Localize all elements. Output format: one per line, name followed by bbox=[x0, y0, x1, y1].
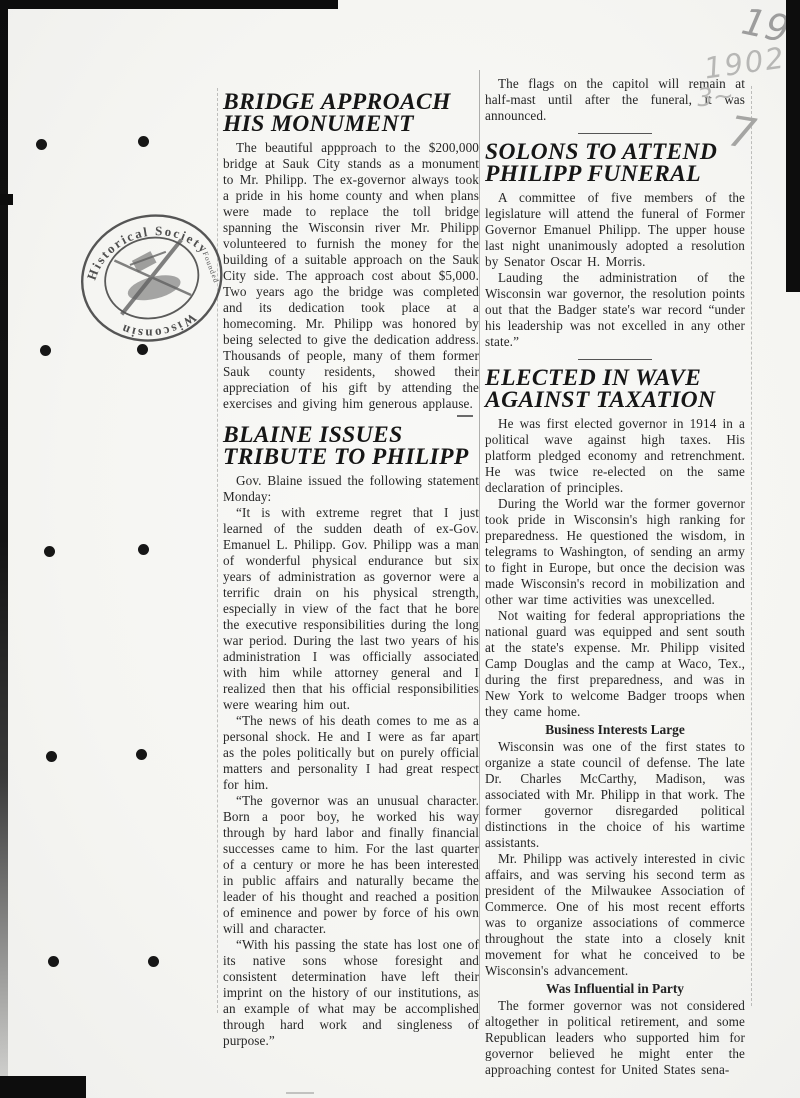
punch-dot bbox=[138, 544, 149, 555]
paragraph: Lauding the administration of the Wiscon… bbox=[485, 270, 745, 350]
paragraph: A committee of five members of the legis… bbox=[485, 190, 745, 270]
headline-line: AGAINST TAXATION bbox=[485, 389, 745, 411]
punch-dot bbox=[138, 136, 149, 147]
punch-dot bbox=[148, 956, 159, 967]
paragraph: The beautiful appproach to the $200,000 … bbox=[223, 140, 479, 412]
article-separator-dash bbox=[457, 415, 473, 417]
headline-blaine-tribute: BLAINE ISSUES TRIBUTE TO PHILIPP bbox=[223, 424, 479, 468]
newspaper-clipping-scan: 19 1902 3~ 7 bbox=[0, 0, 800, 1098]
paragraph: “It is with extreme regret that I just l… bbox=[223, 505, 479, 713]
headline-line: BRIDGE APPROACH bbox=[223, 91, 479, 113]
paragraph: “The governor was an unusual character. … bbox=[223, 793, 479, 937]
headline-line: BLAINE ISSUES bbox=[223, 424, 479, 446]
headline-elected-taxation: ELECTED IN WAVE AGAINST TAXATION bbox=[485, 367, 745, 411]
scan-edge-right bbox=[786, 0, 800, 292]
paragraph: The former governor was not considered a… bbox=[485, 998, 745, 1078]
pencil-annotation-1902: 1902 bbox=[702, 40, 788, 85]
punch-dot bbox=[36, 139, 47, 150]
left-column: BRIDGE APPROACH HIS MONUMENT The beautif… bbox=[223, 84, 479, 1049]
pencil-annotation-3: 3~ bbox=[696, 81, 735, 113]
paragraph: Not waiting for federal appropriations t… bbox=[485, 608, 745, 720]
paragraph: He was first elected governor in 1914 in… bbox=[485, 416, 745, 496]
punch-dot bbox=[44, 546, 55, 557]
paragraph: Wisconsin was one of the first states to… bbox=[485, 739, 745, 851]
headline-line: HIS MONUMENT bbox=[223, 113, 479, 135]
headline-line: SOLONS TO ATTEND bbox=[485, 141, 745, 163]
punch-dot bbox=[48, 956, 59, 967]
paragraph: During the World war the former governor… bbox=[485, 496, 745, 608]
paragraph: “The news of his death comes to me as a … bbox=[223, 713, 479, 793]
headline-line: TRIBUTE TO PHILIPP bbox=[223, 446, 479, 468]
column-rule-middle bbox=[479, 70, 480, 1020]
subhead-business-interests: Business Interests Large bbox=[485, 722, 745, 738]
scan-corner-mark bbox=[0, 1076, 86, 1098]
scan-edge-top bbox=[0, 0, 338, 9]
headline-line: ELECTED IN WAVE bbox=[485, 367, 745, 389]
article-separator-rule bbox=[578, 359, 652, 360]
scan-edge-left bbox=[0, 0, 8, 1078]
column-rule-right bbox=[751, 86, 752, 1006]
headline-bridge-approach: BRIDGE APPROACH HIS MONUMENT bbox=[223, 91, 479, 135]
stamp-text-bottom: Wisconsin bbox=[115, 303, 202, 350]
scan-smudge-bottom bbox=[286, 1092, 314, 1094]
paragraph: “With his passing the state has lost one… bbox=[223, 937, 479, 1049]
punch-dot bbox=[136, 749, 147, 760]
historical-society-stamp: Historical Society Wisconsin Founded bbox=[61, 192, 243, 367]
subhead-influential-party: Was Influential in Party bbox=[485, 981, 745, 997]
paragraph: Mr. Philipp was actively interested in c… bbox=[485, 851, 745, 979]
scan-edge-mark bbox=[0, 194, 13, 205]
right-column: The flags on the capitol will remain at … bbox=[485, 76, 745, 1078]
punch-dot bbox=[46, 751, 57, 762]
headline-solons-funeral: SOLONS TO ATTEND PHILIPP FUNERAL bbox=[485, 141, 745, 185]
paragraph: Gov. Blaine issued the following stateme… bbox=[223, 473, 479, 505]
headline-line: PHILIPP FUNERAL bbox=[485, 163, 745, 185]
punch-dot bbox=[40, 345, 51, 356]
article-separator-rule bbox=[578, 133, 652, 134]
